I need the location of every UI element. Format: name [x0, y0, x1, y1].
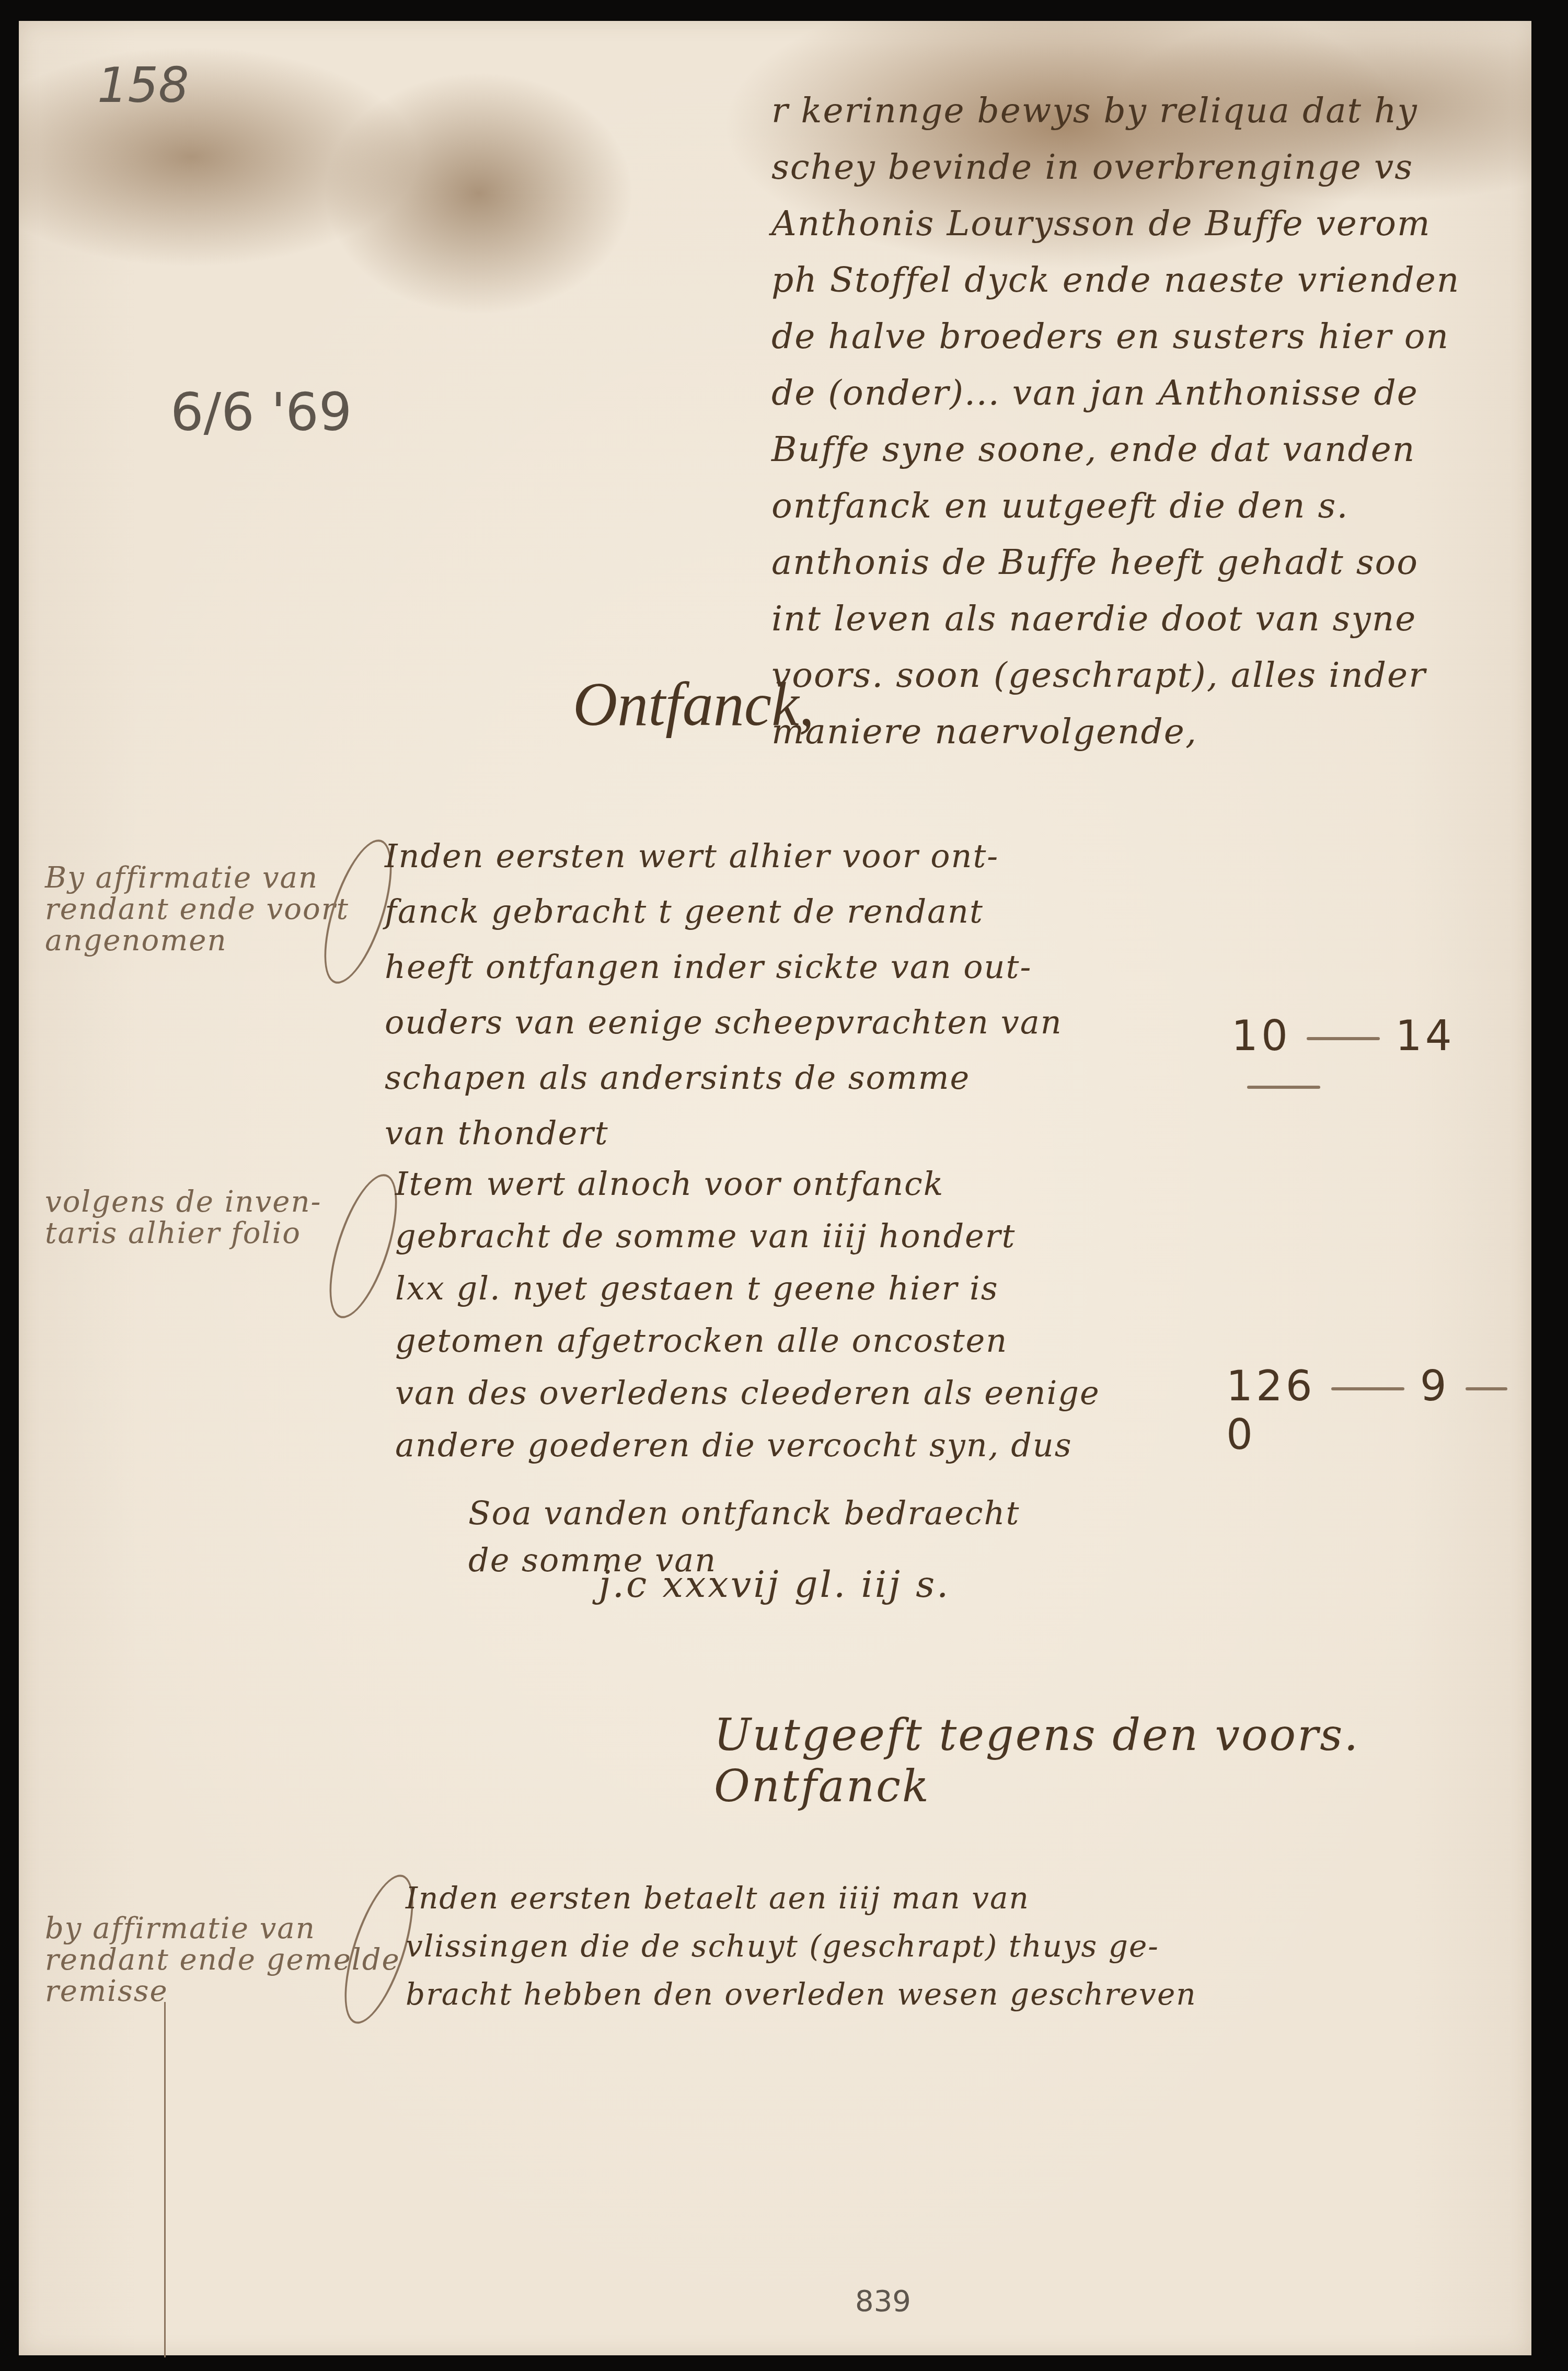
receipts-heading: Ontfanck, — [573, 669, 814, 740]
intro-line: int leven als naerdie doot van syne — [771, 591, 1529, 647]
entry-line: gebracht de somme van iiij hondert — [395, 1210, 1231, 1262]
expense-1-text: Inden eersten betaelt aen iiij man van v… — [406, 1874, 1190, 2018]
entry-2-amount: 12690 — [1226, 1362, 1531, 1459]
margin-line: By affirmatie van — [45, 862, 338, 894]
margin-line: taris alhier folio — [45, 1218, 338, 1249]
entry-line: ouders van eenige scheepvrachten van — [385, 995, 1221, 1050]
entry-line: lxx gl. nyet gestaen t geene hier is — [395, 1262, 1231, 1315]
entry-line: Inden eersten betaelt aen iiij man van — [406, 1874, 1190, 1922]
amount-separator — [1466, 1387, 1507, 1390]
amount-shillings: 9 — [1420, 1362, 1450, 1410]
intro-line: voors. soon (geschrapt), alles inder — [771, 647, 1529, 704]
margin-line: by affirmatie van — [45, 1913, 348, 1944]
expense-1-margin-note: by affirmatie van rendant ende gemelde r… — [45, 1913, 348, 2007]
amount-separator — [1331, 1387, 1404, 1390]
entry-1-amount: 1014 — [1231, 1011, 1531, 1109]
intro-line: maniere naervolgende, — [771, 704, 1529, 760]
intro-line: r kerinnge bewys by reliqua dat hy — [771, 83, 1529, 139]
entry-1-text: Inden eersten wert alhier voor ont- fanc… — [385, 828, 1221, 1161]
intro-line: Anthonis Lourysson de Buffe verom — [771, 195, 1529, 252]
margin-line: angenomen — [45, 925, 338, 957]
intro-line: de halve broeders en susters hier on — [771, 308, 1529, 365]
margin-line: volgens de inven- — [45, 1187, 338, 1218]
amount-shillings: 14 — [1396, 1011, 1455, 1060]
entry-line: Inden eersten wert alhier voor ont- — [385, 828, 1221, 884]
entry-line: bracht hebben den overleden wesen geschr… — [406, 1970, 1190, 2018]
receipts-total-amount: j.c xxxvij gl. iij s. — [599, 1563, 950, 1606]
folio-number: 158 — [97, 57, 189, 113]
total-line: Soa vanden ontfanck bedraecht — [468, 1490, 1020, 1537]
entry-2-text: Item wert alnoch voor ontfanck gebracht … — [395, 1158, 1231, 1471]
entry-2-margin-note: volgens de inven- taris alhier folio — [45, 1187, 338, 1249]
entry-1-margin-note: By affirmatie van rendant ende voort ang… — [45, 862, 338, 957]
margin-line: remisse — [45, 1976, 348, 2007]
amount-separator — [1247, 1086, 1320, 1089]
margin-line: rendant ende voort — [45, 894, 338, 925]
margin-vertical-rule — [164, 2002, 166, 2357]
intro-line: ph Stoffel dyck ende naeste vrienden — [771, 252, 1529, 308]
entry-line: fanck gebracht t geent de rendant — [385, 884, 1221, 939]
intro-paragraph: r kerinnge bewys by reliqua dat hy schey… — [771, 83, 1529, 760]
entry-line: van thondert — [385, 1106, 1221, 1161]
intro-line: schey bevinde in overbrenginge vs — [771, 139, 1529, 195]
intro-line: de (onder)... van jan Anthonisse de — [771, 365, 1529, 421]
entry-line: Item wert alnoch voor ontfanck — [395, 1158, 1231, 1210]
entry-line: getomen afgetrocken alle oncosten — [395, 1315, 1231, 1367]
intro-line: ontfanck en uutgeeft die den s. — [771, 478, 1529, 534]
entry-line: heeft ontfangen inder sickte van out- — [385, 939, 1221, 995]
intro-line: Buffe syne soone, ende dat vanden — [771, 421, 1529, 478]
expenses-heading: Uutgeeft tegens den voors. Ontfanck — [714, 1709, 1531, 1812]
amount-pounds: 126 — [1226, 1362, 1316, 1410]
margin-line: rendant ende gemelde — [45, 1944, 348, 1976]
entry-line: schapen als andersints de somme — [385, 1050, 1221, 1106]
amount-pence: 0 — [1226, 1410, 1256, 1459]
amount-separator — [1307, 1037, 1380, 1040]
entry-line: van des overledens cleederen als eenige — [395, 1367, 1231, 1419]
entry-line: vlissingen die de schuyt (geschrapt) thu… — [406, 1922, 1190, 1970]
manuscript-page: 158 6/6 '69 r kerinnge bewys by reliqua … — [19, 21, 1531, 2355]
archive-number: 839 — [855, 2284, 911, 2318]
amount-pounds: 10 — [1231, 1011, 1291, 1060]
entry-line: andere goederen die vercocht syn, dus — [395, 1419, 1231, 1471]
intro-line: anthonis de Buffe heeft gehadt soo — [771, 534, 1529, 591]
pencil-date: 6/6 '69 — [170, 382, 352, 443]
